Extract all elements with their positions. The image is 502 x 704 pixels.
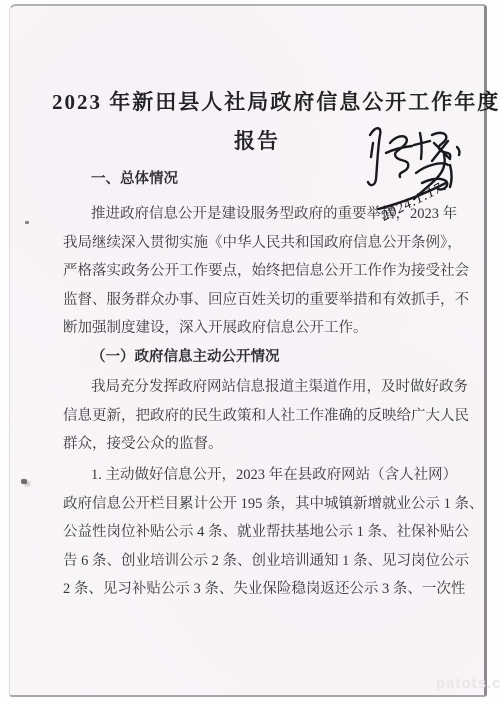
text-line: 我局充分发挥政府网站信息报道主渠道作用，及时做好政务 bbox=[63, 373, 455, 402]
text-line: 严格落实政务公开工作要点，始终把信息公开工作作为接受社会 bbox=[63, 257, 455, 286]
scan-speck bbox=[25, 221, 29, 224]
handwritten-date: 2024.1.17. bbox=[379, 178, 450, 225]
text-line: 公益性岗位补贴公示 4 条、就业帮扶基地公示 1 条、社保补贴公 bbox=[63, 518, 455, 547]
handwritten-approval-signature: 2024.1.17. bbox=[360, 113, 494, 233]
paragraph-website-role: 我局充分发挥政府网站信息报道主渠道作用，及时做好政务 信息更新，把政府的民生政策… bbox=[63, 373, 455, 459]
document-page: 2023 年新田县人社局政府信息公开工作年度 报告 一、总体情况 推进政府信息公… bbox=[9, 4, 487, 697]
text-line: 监督、服务群众办事、回应百姓关切的重要举措和有效抓手，不 bbox=[63, 286, 455, 315]
text-line: 告 6 条、创业培训公示 2 条、创业培训通知 1 条、见习岗位公示 bbox=[63, 547, 455, 576]
scanned-document-screenshot: { "document": { "title_line1": "2023 年新田… bbox=[0, 0, 502, 704]
text-line: 断加强制度建设，深入开展政府信息公开工作。 bbox=[63, 314, 455, 343]
text-line: 1. 主动做好信息公开，2023 年在县政府网站（含人社网） bbox=[63, 461, 455, 490]
paragraph-disclosure-statistics: 1. 主动做好信息公开，2023 年在县政府网站（含人社网） 政府信息公开栏目累… bbox=[63, 461, 455, 604]
text-line: 2 条、见习补贴公示 3 条、失业保险稳岗返还公示 3 条、一次性 bbox=[63, 575, 455, 604]
text-line: 政府信息公开栏目累计公开 195 条，其中城镇新增就业公示 1 条、 bbox=[63, 490, 455, 519]
watermark-text: patots.com bbox=[436, 675, 502, 692]
section-heading-proactive-disclosure: （一）政府信息主动公开情况 bbox=[63, 343, 455, 372]
text-line: 群众，接受公众的监督。 bbox=[63, 430, 455, 459]
text-line: 信息更新，把政府的民生政策和人社工作准确的反映给广大人民 bbox=[63, 402, 455, 431]
scan-speck bbox=[21, 479, 27, 484]
